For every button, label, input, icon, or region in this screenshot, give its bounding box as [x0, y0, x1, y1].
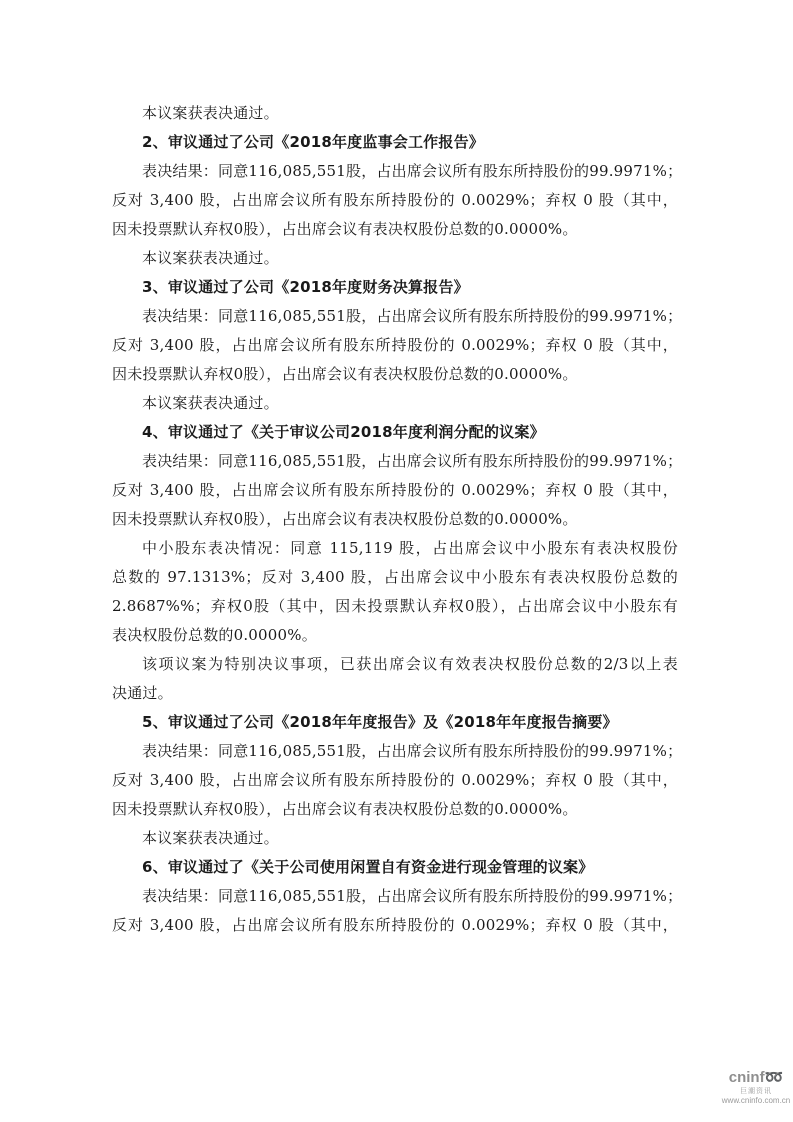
- paragraph-line: 本议案获表决通过。: [112, 244, 678, 273]
- paragraph-line: 因未投票默认弃权0股），占出席会议有表决权股份总数的0.0000%。: [112, 360, 678, 389]
- paragraph-line: 表决结果：同意116,085,551股，占出席会议所有股东所持股份的99.997…: [112, 737, 678, 766]
- paragraph-line: 表决结果：同意116,085,551股，占出席会议所有股东所持股份的99.997…: [112, 447, 678, 476]
- paragraph-line: 本议案获表决通过。: [112, 824, 678, 853]
- paragraph-line: 决通过。: [112, 679, 678, 708]
- cninfo-logo-icon: cninf➿: [720, 1068, 792, 1086]
- paragraph-line: 表决结果：同意116,085,551股，占出席会议所有股东所持股份的99.997…: [112, 157, 678, 186]
- document-body: 本议案获表决通过。2、审议通过了公司《2018年度监事会工作报告》表决结果：同意…: [112, 99, 678, 940]
- section-heading: 4、审议通过了《关于审议公司2018年度利润分配的议案》: [112, 418, 678, 447]
- paragraph-line: 中小股东表决情况：同意 115,119 股，占出席会议中小股东有表决权股份: [112, 534, 678, 563]
- paragraph-line: 本议案获表决通过。: [112, 99, 678, 128]
- watermark-chinese: 巨潮资讯: [720, 1086, 792, 1096]
- paragraph-line: 表决结果：同意116,085,551股，占出席会议所有股东所持股份的99.997…: [112, 302, 678, 331]
- section-heading: 3、审议通过了公司《2018年度财务决算报告》: [112, 273, 678, 302]
- paragraph-line: 本议案获表决通过。: [112, 389, 678, 418]
- paragraph-line: 表决结果：同意116,085,551股，占出席会议所有股东所持股份的99.997…: [112, 882, 678, 911]
- paragraph-line: 反对 3,400 股，占出席会议所有股东所持股份的 0.0029%；弃权 0 股…: [112, 766, 678, 795]
- section-heading: 6、审议通过了《关于公司使用闲置自有资金进行现金管理的议案》: [112, 853, 678, 882]
- paragraph-line: 反对 3,400 股，占出席会议所有股东所持股份的 0.0029%；弃权 0 股…: [112, 476, 678, 505]
- paragraph-line: 因未投票默认弃权0股），占出席会议有表决权股份总数的0.0000%。: [112, 795, 678, 824]
- watermark-url: www.cninfo.com.cn: [720, 1096, 792, 1105]
- cninfo-watermark: cninf➿ 巨潮资讯 www.cninfo.com.cn: [720, 1068, 792, 1105]
- paragraph-line: 反对 3,400 股，占出席会议所有股东所持股份的 0.0029%；弃权 0 股…: [112, 911, 678, 940]
- paragraph-line: 因未投票默认弃权0股），占出席会议有表决权股份总数的0.0000%。: [112, 215, 678, 244]
- paragraph-line: 2.8687%%；弃权0股（其中，因未投票默认弃权0股），占出席会议中小股东有: [112, 592, 678, 621]
- section-heading: 5、审议通过了公司《2018年年度报告》及《2018年年度报告摘要》: [112, 708, 678, 737]
- paragraph-line: 总数的 97.1313%；反对 3,400 股，占出席会议中小股东有表决权股份总…: [112, 563, 678, 592]
- section-heading: 2、审议通过了公司《2018年度监事会工作报告》: [112, 128, 678, 157]
- paragraph-line: 反对 3,400 股，占出席会议所有股东所持股份的 0.0029%；弃权 0 股…: [112, 186, 678, 215]
- paragraph-line: 该项议案为特别决议事项，已获出席会议有效表决权股份总数的2/3以上表: [112, 650, 678, 679]
- paragraph-line: 反对 3,400 股，占出席会议所有股东所持股份的 0.0029%；弃权 0 股…: [112, 331, 678, 360]
- paragraph-line: 表决权股份总数的0.0000%。: [112, 621, 678, 650]
- paragraph-line: 因未投票默认弃权0股），占出席会议有表决权股份总数的0.0000%。: [112, 505, 678, 534]
